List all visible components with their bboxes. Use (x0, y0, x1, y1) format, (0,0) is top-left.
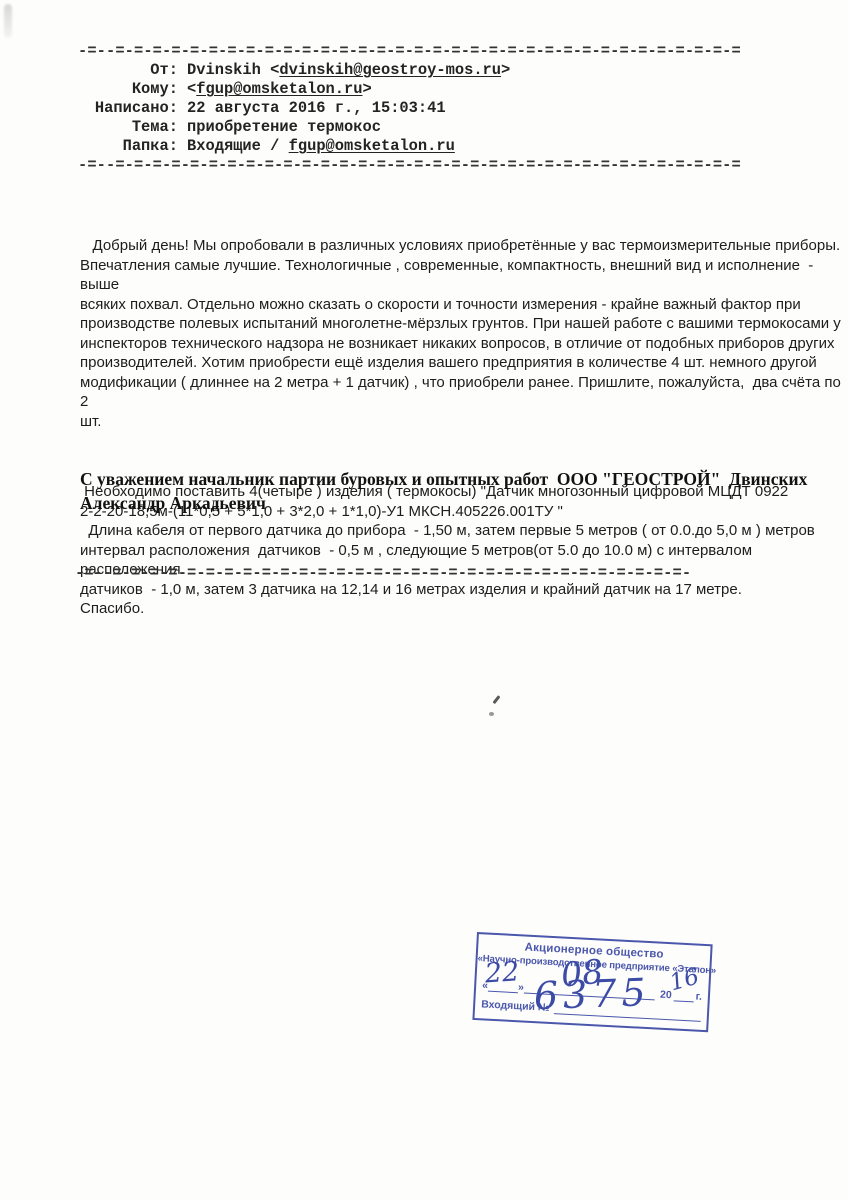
stamp-year-prefix: 20 (660, 989, 672, 1002)
from-label: От: (78, 61, 178, 80)
header-row-date: Написано: 22 августа 2016 г., 15:03:41 (78, 99, 741, 118)
incoming-stamp: Акционерное общество «Научно-производств… (472, 932, 712, 1032)
stamp-year-blank-line (673, 989, 694, 1002)
folder-name: Входящие / (187, 137, 289, 155)
header-divider-bottom: -=--=-=-=-=-=-=-=-=-=-=-=-=-=-=-=-=-=-=-… (78, 156, 741, 175)
scan-smudge-artifact (4, 4, 12, 38)
from-email-link: dvinskih@geostroy-mos.ru (279, 61, 501, 79)
scanned-email-document: -=--=-=-=-=-=-=-=-=-=-=-=-=-=-=-=-=-=-=-… (0, 0, 849, 1200)
header-row-subject: Тема: приобретение термокос (78, 118, 741, 137)
folder-label: Папка: (78, 137, 178, 156)
date-label: Написано: (78, 99, 178, 118)
from-close-bracket: > (501, 61, 510, 79)
stamp-number-blank-line (554, 1002, 701, 1022)
subject-value: приобретение термокос (187, 118, 381, 137)
scan-speck-artifact (489, 712, 494, 716)
to-label: Кому: (78, 80, 178, 99)
to-email-link: fgup@omsketalon.ru (196, 80, 362, 98)
stamp-incoming-label: Входящий № (481, 998, 550, 1014)
subject-label: Тема: (78, 118, 178, 137)
stamp-year-suffix: г. (695, 991, 702, 1003)
header-divider-top: -=--=-=-=-=-=-=-=-=-=-=-=-=-=-=-=-=-=-=-… (78, 42, 741, 61)
header-row-from: От: Dvinskih <dvinskih@geostroy-mos.ru> (78, 61, 741, 80)
stamp-day-blank-line (488, 980, 519, 994)
header-row-folder: Папка: Входящие / fgup@omsketalon.ru (78, 137, 741, 156)
header-row-to: Кому: <fgup@omsketalon.ru> (78, 80, 741, 99)
signature-block: С уважением начальник партии буровых и о… (80, 468, 820, 515)
folder-value: Входящие / fgup@omsketalon.ru (187, 137, 455, 156)
closing-divider: -=--=-=-=-=-=-=-=-=-=-=-=-=-=-=-=-=-=-=-… (75, 564, 691, 583)
body-paragraph-1: Добрый день! Мы опробовали в различных у… (80, 236, 842, 431)
folder-email-link: fgup@omsketalon.ru (289, 137, 455, 155)
to-close-bracket: > (363, 80, 372, 98)
email-header-block: -=--=-=-=-=-=-=-=-=-=-=-=-=-=-=-=-=-=-=-… (78, 42, 741, 175)
from-name: Dvinskih < (187, 61, 279, 79)
to-value: <fgup@omsketalon.ru> (187, 80, 372, 99)
scan-speck-artifact (492, 695, 500, 704)
to-open-bracket: < (187, 80, 196, 98)
date-value: 22 августа 2016 г., 15:03:41 (187, 99, 446, 118)
email-body: Добрый день! Мы опробовали в различных у… (80, 197, 842, 658)
from-value: Dvinskih <dvinskih@geostroy-mos.ru> (187, 61, 510, 80)
